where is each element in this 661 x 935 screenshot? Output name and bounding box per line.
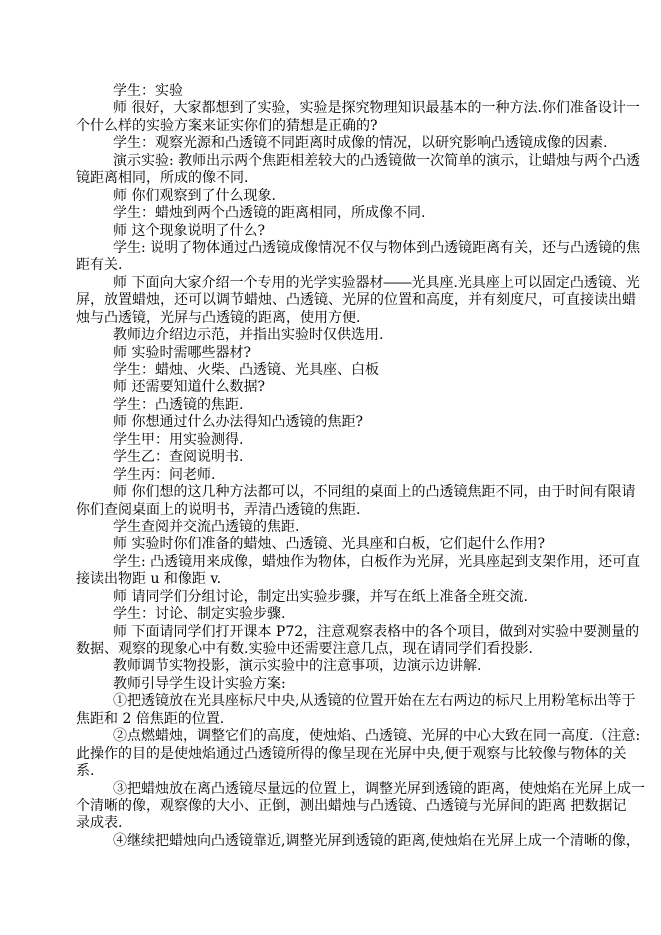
text-line: 学生甲：用实验测得.: [76, 432, 588, 449]
text-line: 系.: [76, 763, 588, 780]
document-page: 学生：实验师 很好，大家都想到了实验，实验是探究物理知识最基本的一种方法.你们准…: [0, 0, 661, 935]
text-line: 师 实验时需哪些器材?: [76, 345, 588, 362]
text-line: 学生: 说明了物体通过凸透镜成像情况不仅与物体到凸透镜距离有关，还与凸透镜的焦: [76, 240, 588, 257]
text-line: 师 你想通过什么办法得知凸透镜的焦距?: [76, 414, 588, 431]
text-line: 师 你们想的这几种方法都可以，不同组的桌面上的凸透镜焦距不同，由于时间有限请: [76, 484, 588, 501]
text-line: 师 这个现象说明了什么?: [76, 223, 588, 240]
text-line: 师 很好，大家都想到了实验，实验是探究物理知识最基本的一种方法.你们准备设计一: [76, 100, 588, 117]
text-line: 学生：实验: [76, 83, 588, 100]
text-line: ③把蜡烛放在离凸透镜尽量远的位置上，调整光屏到透镜的距离，使烛焰在光屏上成一: [76, 781, 588, 798]
text-line: 烛与凸透镜，光屏与凸透镜的距离，使用方便.: [76, 310, 588, 327]
text-line: 师 你们观察到了什么现象.: [76, 188, 588, 205]
text-line: 此操作的目的是使烛焰通过凸透镜所得的像呈现在光屏中央,便于观察与比较像与物体的关: [76, 746, 588, 763]
text-line: ④继续把蜡烛向凸透镜靠近,调整光屏到透镜的距离,使烛焰在光屏上成一个清晰的像，: [76, 833, 588, 850]
text-line: 个什么样的实验方案来证实你们的猜想是正确的?: [76, 118, 588, 135]
text-line: 焦距和 2 倍焦距的位置.: [76, 711, 588, 728]
text-line: 师 请同学们分组讨论，制定出实验步骤，并写在纸上准备全班交流.: [76, 589, 588, 606]
text-line: 学生: 凸透镜用来成像，蜡烛作为物体，白板作为光屏，光具座起到支架作用，还可直: [76, 554, 588, 571]
text-line: 屏，放置蜡烛，还可以调节蜡烛、凸透镜、光屏的位置和高度，并有刻度尺，可直接读出蜡: [76, 292, 588, 309]
text-line: 学生：观察光源和凸透镜不同距离时成像的情况，以研究影响凸透镜成像的因素.: [76, 135, 588, 152]
text-line: 师 下面向大家介绍一个专用的光学实验器材――光具座.光具座上可以固定凸透镜、光: [76, 275, 588, 292]
text-line: ①把透镜放在光具座标尺中央,从透镜的位置开始在左右两边的标尺上用粉笔标出等于: [76, 693, 588, 710]
text-line: 数据、观察的现象心中有数.实验中还需要注意几点，现在请同学们看投影.: [76, 641, 588, 658]
text-line: 师 下面请同学们打开课本 P72，注意观察表格中的各个项目，做到对实验中要测量的: [76, 624, 588, 641]
text-line: 镜距离相同，所成的像不同.: [76, 170, 588, 187]
text-line: 学生：讨论、制定实验步骤.: [76, 606, 588, 623]
text-line: 接读出物距 u 和像距 v.: [76, 571, 588, 588]
text-line: 师 还需要知道什么数据?: [76, 379, 588, 396]
text-line: 距有关.: [76, 257, 588, 274]
text-line: 教师边介绍边示范，并指出实验时仅供选用.: [76, 327, 588, 344]
text-line: 教师引导学生设计实验方案:: [76, 676, 588, 693]
lesson-transcript: 学生：实验师 很好，大家都想到了实验，实验是探究物理知识最基本的一种方法.你们准…: [76, 83, 588, 850]
text-line: 录成表.: [76, 815, 588, 832]
text-line: 教师调节实物投影，演示实验中的注意事项，边演示边讲解.: [76, 658, 588, 675]
text-line: 演示实验: 教师出示两个焦距相差较大的凸透镜做一次简单的演示，让蜡烛与两个凸透: [76, 153, 588, 170]
text-line: 学生丙：问老师.: [76, 467, 588, 484]
text-line: 你们查阅桌面上的说明书，弄清凸透镜的焦距.: [76, 502, 588, 519]
text-line: 学生：蜡烛、火柴、凸透镜、光具座、白板: [76, 362, 588, 379]
text-line: 学生乙：查阅说明书.: [76, 449, 588, 466]
text-line: 个清晰的像，观察像的大小、正倒，测出蜡烛与凸透镜、凸透镜与光屏间的距离 把数据记: [76, 798, 588, 815]
text-line: 学生查阅并交流凸透镜的焦距.: [76, 519, 588, 536]
text-line: 学生：凸透镜的焦距.: [76, 397, 588, 414]
text-line: ②点燃蜡烛，调整它们的高度，使烛焰、凸透镜、光屏的中心大致在同一高度.（注意:: [76, 728, 588, 745]
text-line: 学生：蜡烛到两个凸透镜的距离相同，所成像不同.: [76, 205, 588, 222]
text-line: 师 实验时你们准备的蜡烛、凸透镜、光具座和白板，它们起什么作用?: [76, 536, 588, 553]
